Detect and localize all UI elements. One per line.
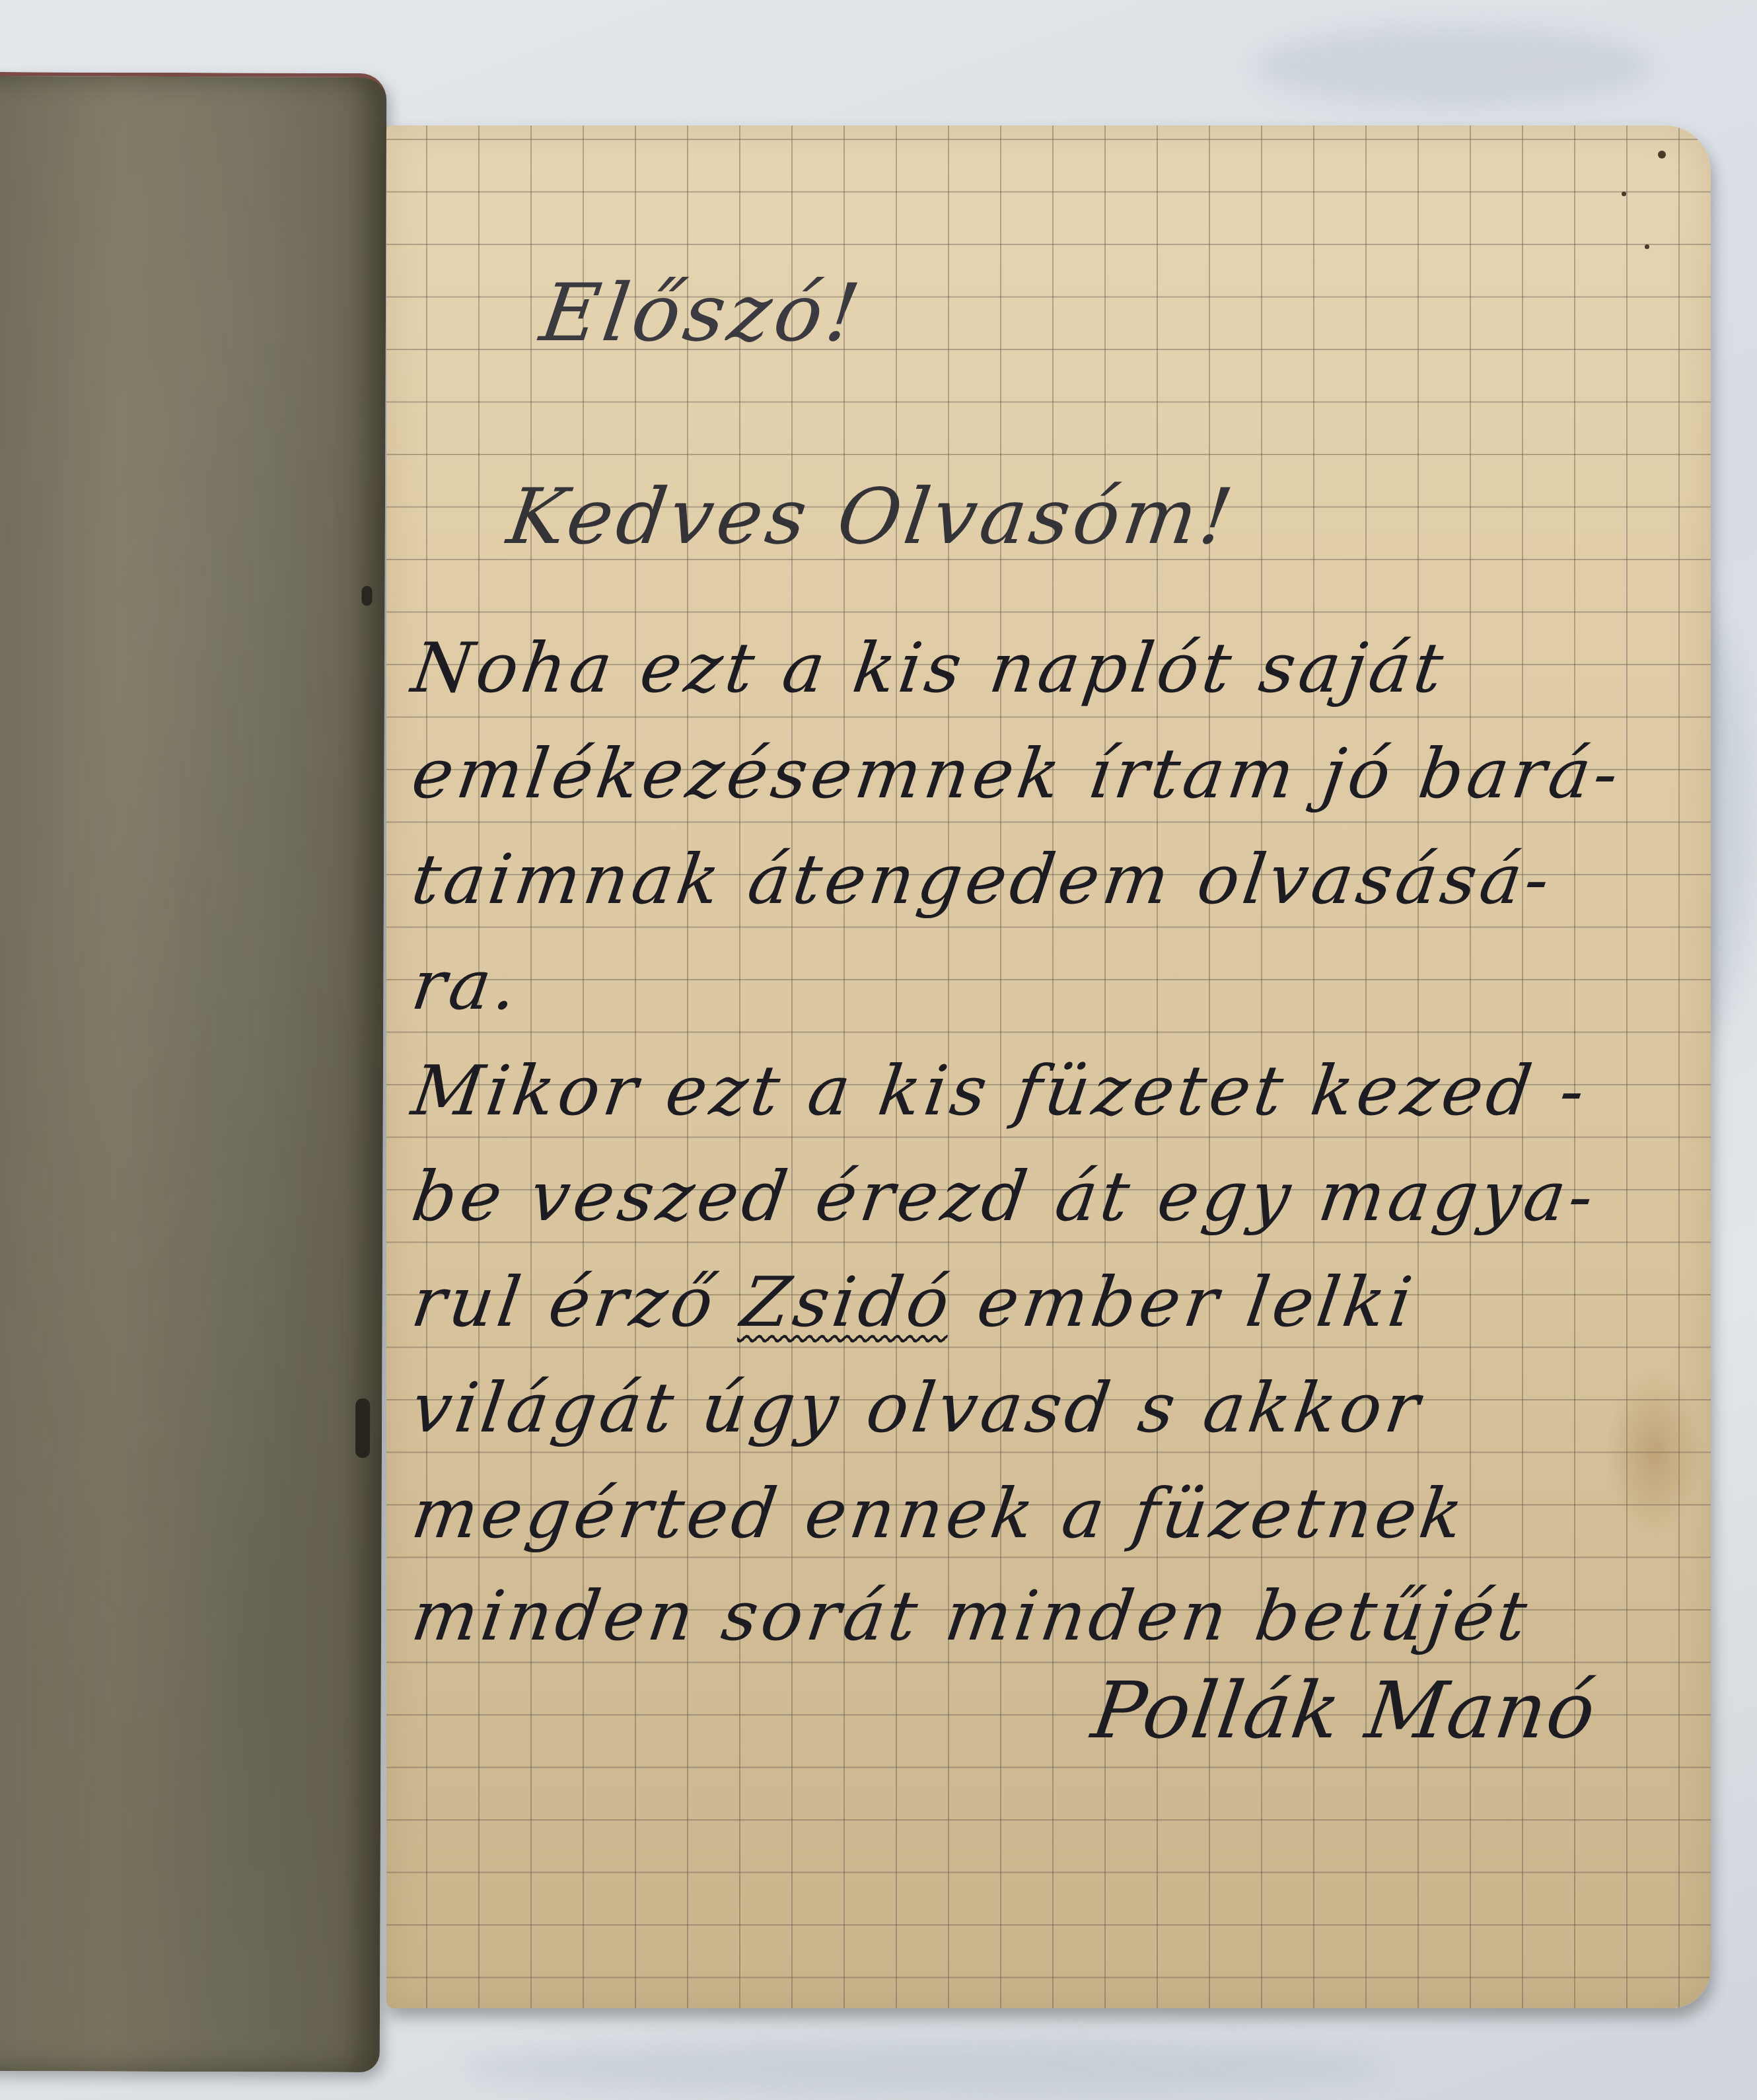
marble-background-vein	[1255, 26, 1651, 106]
ink-speck	[1658, 151, 1666, 159]
underlined-word: Zsidó	[736, 1262, 958, 1342]
notebook-page: Előszó! Kedves Olvasóm! Noha ezt a kis n…	[386, 126, 1711, 2008]
signature: Pollák Manó	[1087, 1665, 1602, 1756]
text-line-with-underline: rul érző Zsidó ember lelki	[407, 1262, 1420, 1342]
text-line: be veszed érezd át egy magya-	[407, 1156, 1602, 1237]
text-line: taimnak átengedem olvasásá-	[407, 839, 1558, 920]
text-line: emlékezésemnek írtam jó bará-	[407, 733, 1627, 814]
text-line: Noha ezt a kis naplót saját	[407, 628, 1451, 708]
water-stain	[1605, 1367, 1704, 1539]
binding-hole	[361, 586, 372, 606]
ink-speck	[1645, 244, 1649, 249]
binding-hole	[355, 1398, 370, 1458]
text-segment: ember lelki	[972, 1262, 1421, 1342]
text-segment: rul érző	[407, 1262, 722, 1342]
marble-background-vein	[462, 2041, 1387, 2094]
notebook-left-cover	[0, 72, 386, 2072]
greeting: Kedves Olvasóm!	[503, 472, 1242, 561]
text-line: ra.	[407, 945, 526, 1025]
text-line: megérted ennek a füzetnek	[407, 1473, 1471, 1554]
text-line: világát úgy olvasd s akkor	[407, 1367, 1428, 1448]
ink-speck	[1622, 192, 1626, 196]
text-line: Mikor ezt a kis füzetet kezed -	[407, 1050, 1593, 1131]
text-line: minden sorát minden betűjét	[407, 1575, 1535, 1656]
page-heading: Előszó!	[535, 268, 869, 359]
